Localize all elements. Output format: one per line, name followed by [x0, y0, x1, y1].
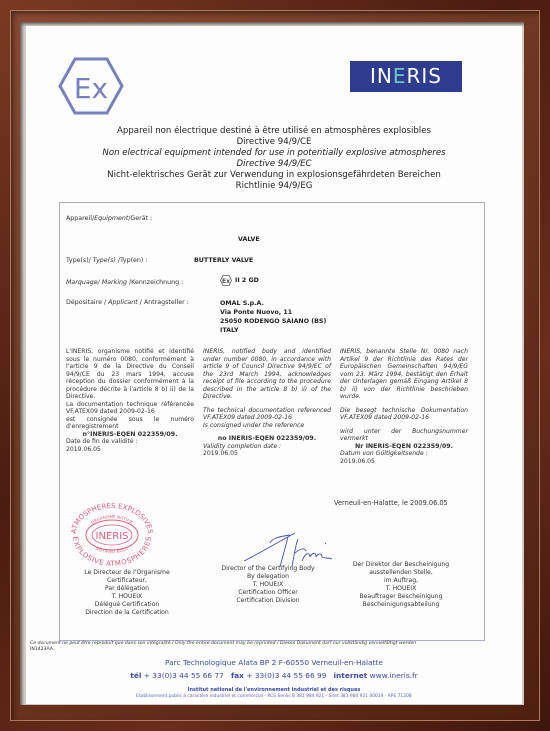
equipment-label: Appareil/Equipment/Gerät :	[66, 215, 152, 222]
ex-hexagon-logo: Ex	[58, 56, 124, 116]
certificate-document: Ex INERIS Appareil non électrique destin…	[26, 26, 522, 704]
website-link: www.ineris.fr	[370, 671, 418, 680]
directive-fr: Directive 94/9/CE	[26, 137, 522, 148]
signatory-de: Der Direktor der Bescheinigung ausstelle…	[338, 561, 464, 609]
column-de: INERIS, benannte Stelle Nr. 0080 nach Ar…	[340, 348, 468, 465]
title-fr: Appareil non électrique destiné à être u…	[26, 126, 522, 137]
title-de: Nicht-elektrisches Gerät zur Verwendung …	[26, 170, 522, 181]
ineris-logo: INERIS	[350, 61, 462, 92]
footer-address: Parc Technologique Alata BP 2 F-60550 Ve…	[26, 658, 522, 667]
svg-text:Ex: Ex	[222, 278, 230, 285]
title-en: Non electrical equipment intended for us…	[26, 148, 522, 159]
column-en: INERIS, notified body and identified und…	[203, 348, 331, 458]
signature	[240, 531, 335, 569]
types-value: BUTTERLY VALVE	[194, 257, 253, 264]
signatory-fr: Le Directeur de l'Organisme Certificateu…	[64, 569, 190, 617]
ex-marking-icon: Ex	[220, 275, 232, 286]
certificate-title: Appareil non électrique destiné à être u…	[26, 126, 522, 192]
marking-value: Ex II 2 GD	[220, 275, 259, 286]
ineris-stamp: ATMOSPHERES EXPLOSIVES EXPLOSIVE ATMOSPH…	[68, 501, 156, 567]
column-fr: L'INERIS, organisme notifié et identifié…	[66, 348, 194, 453]
place-and-date: Verneuil-en-Halatte, le 2009.06.05	[334, 499, 448, 507]
svg-text:INERIS: INERIS	[96, 531, 129, 542]
marking-label: Marquage/ Marking /Kennzeichnung :	[66, 279, 183, 286]
institute-name: Institut national de l'environnement ind…	[26, 687, 522, 693]
certificate-body-box: Appareil/Equipment/Gerät : VALVE Type(s)…	[59, 202, 485, 641]
svg-text:NOTIFIED BODY: NOTIFIED BODY	[95, 545, 130, 554]
reproduction-note: Ce document ne peut être reproduit que d…	[30, 641, 520, 653]
applicant-address: OMAL S.p.A. Via Ponte Nuovo, 11 25050 RO…	[220, 299, 326, 335]
directive-de: Richtlinie 94/9/EG	[26, 181, 522, 192]
signatory-en: Director of the Certifying Body By deleg…	[205, 565, 331, 605]
footer-contact: tél + 33(0)3 44 55 66 77 fax + 33(0)3 44…	[26, 671, 522, 680]
legal-info: Etablissement public à caractère industr…	[26, 694, 522, 699]
types-label: Type(s)/ Type(s) /Typ(en) :	[66, 257, 148, 264]
svg-text:Ex: Ex	[74, 72, 108, 105]
applicant-label: Dépositaire / Applicant / Antragsteller …	[66, 299, 189, 306]
equipment-value: VALVE	[238, 236, 260, 243]
directive-en: Directive 94/9/EC	[26, 159, 522, 170]
